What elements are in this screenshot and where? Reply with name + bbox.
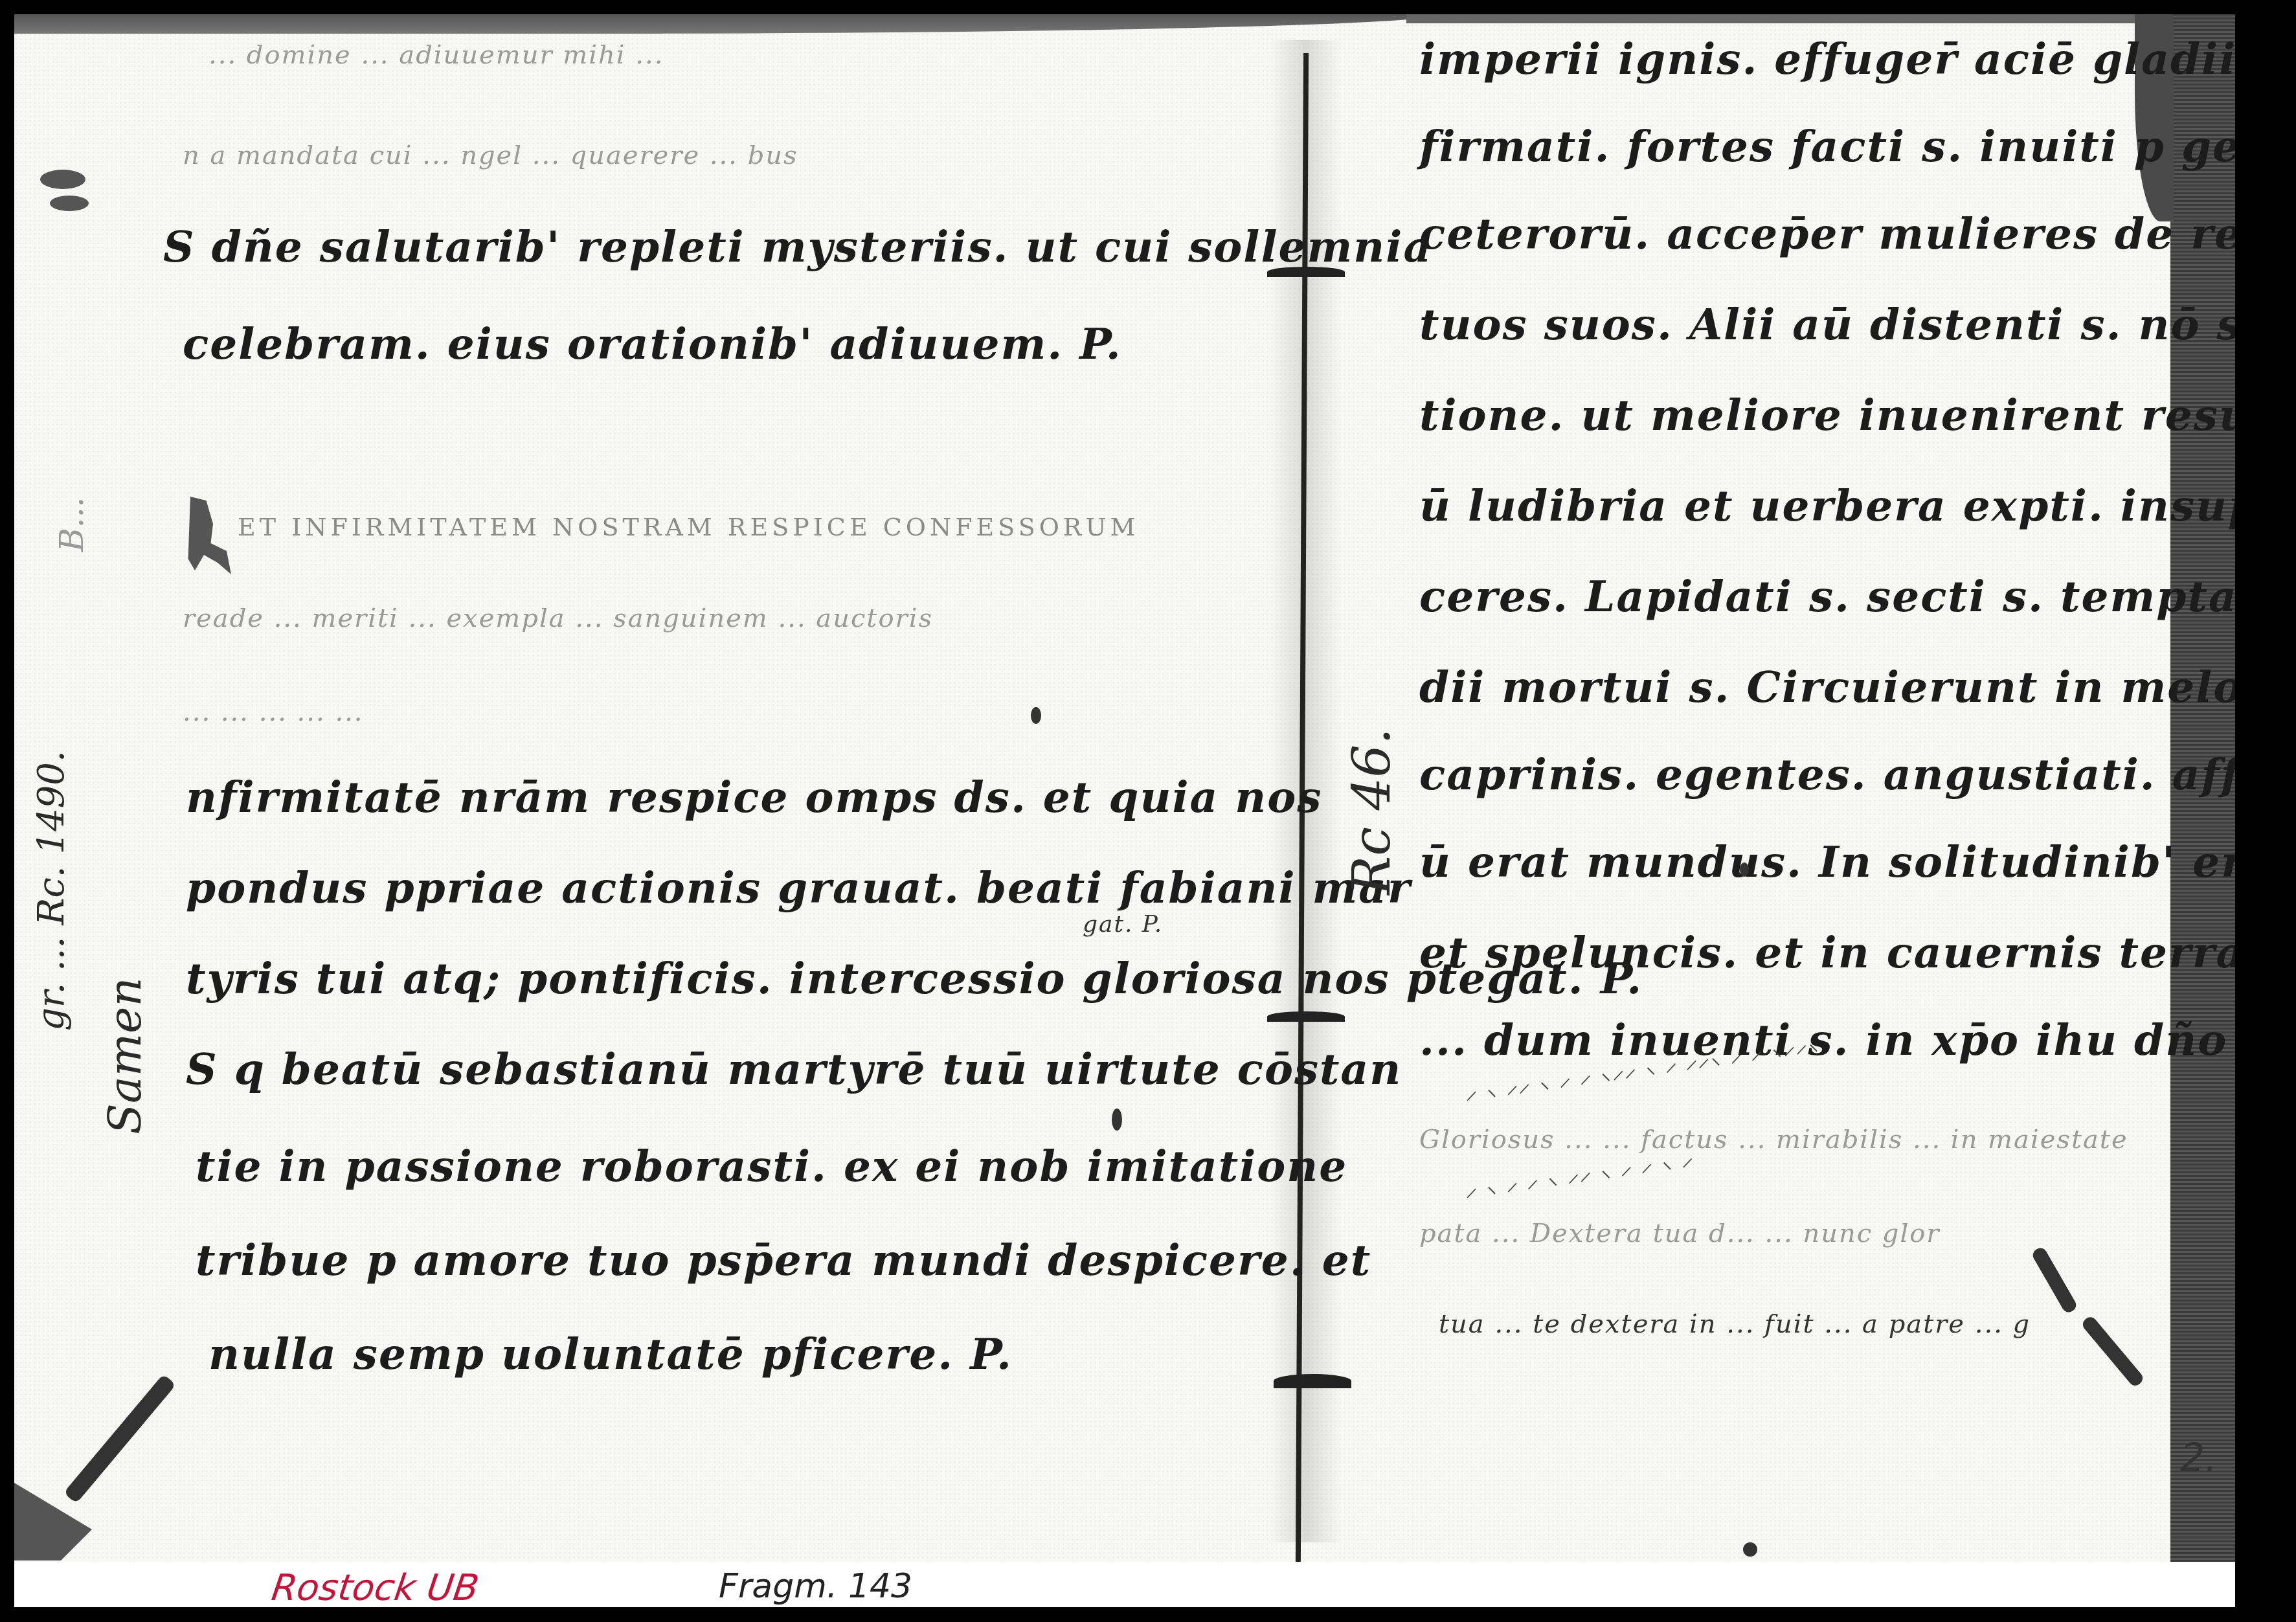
ink-stroke [63, 1374, 176, 1504]
text-line: ū erat mundus. In solitudinib' errant [1419, 837, 2235, 887]
text-line: tribue p amore tuo psp̄era mundi despice… [196, 1235, 1371, 1285]
ink-stroke [2031, 1246, 2078, 1314]
fold-mark-bottom [1274, 1374, 1351, 1388]
text-line: tie in passione roborasti. ex ei nob imi… [196, 1141, 1347, 1191]
text-line: pondus ppriae actionis grauat. beati fab… [186, 862, 1412, 913]
chant-line: tua ... te dextera in ... fuit ... a pat… [1439, 1309, 2031, 1339]
text-line: n a mandata cui ... ngel ... quaerere ..… [183, 141, 798, 170]
text-line: imperii ignis. effuger̄ aciē gladii. con… [1419, 34, 2235, 84]
fold-mark-middle [1267, 1011, 1345, 1022]
margin-note: B... [53, 497, 91, 552]
text-line: caprinis. egentes. angustiati. afflicti [1419, 749, 2235, 800]
shelfmark-note: Rc 46. [1342, 728, 1402, 895]
text-line: S dñe salutarib' repleti mysteriis. ut c… [163, 221, 1432, 272]
ink-dot [1112, 1109, 1122, 1131]
ink-stroke [2080, 1314, 2145, 1388]
text-line: ū ludibria et uerbera expti. insup et u [1419, 480, 2235, 531]
text-line: tuos suos. Alii aū distenti s. nō suscip… [1419, 299, 2235, 350]
page-top-edge-right [1406, 14, 2235, 23]
folio-number: 2. [2180, 1436, 2217, 1481]
ink-dot [1740, 862, 1749, 877]
marginal-gloss: gat. P. [1083, 911, 1163, 938]
chant-line: pata ... Dextera tua d... ... nunc glor [1419, 1219, 1940, 1248]
ink-dot [1743, 1542, 1757, 1557]
decorated-initial [186, 497, 231, 574]
ink-dot [1031, 707, 1041, 724]
fragment-id-label: Fragm. 143 [719, 1567, 912, 1606]
chant-line: Gloriosus ... ... factus ... mirabilis .… [1419, 1125, 2128, 1155]
text-line: ceres. Lapidati s. secti s. temptati s. … [1419, 571, 2235, 622]
text-line: ... dum inuenti s. in xp̄o ihu dño n [1419, 1015, 2235, 1065]
text-line: firmati. fortes facti s. inuiti p gentes [1419, 121, 2235, 172]
ink-stain [50, 196, 89, 211]
text-line: ... ... ... ... ... [183, 697, 364, 727]
page-top-edge [14, 14, 1439, 34]
rubric-heading: ET INFIRMITATEM NOSTRAM RESPICE CONFESSO… [238, 513, 1139, 541]
text-line: nfirmitatē nrām respice omps ds. et quia… [186, 772, 1322, 822]
text-line: reade ... meriti ... exempla ... sanguin… [183, 603, 933, 633]
text-line: ... domine ... adiuuemur mihi ... [208, 40, 664, 70]
text-line: et speluncis. et in cauernis terrae. Et … [1419, 927, 2235, 978]
text-line: tione. ut meliore inuenirent resurrec [1419, 390, 2235, 440]
margin-note: gr. ... Rc. 1490. [30, 750, 73, 1031]
manuscript-page: ... domine ... adiuuemur mihi ... n a ma… [14, 14, 2235, 1562]
text-line: ceterorū. accep̄er mulieres de resur [1419, 208, 2235, 259]
text-line: dii mortui s. Circuierunt in melot [1419, 662, 2235, 712]
text-line: celebram. eius orationib' adiuuem. P. [183, 319, 1122, 369]
margin-note: Samen [98, 977, 152, 1134]
text-line: nulla semp uoluntatē pficere. P. [208, 1329, 1013, 1379]
ink-stain [40, 170, 85, 189]
text-line: S q beatū sebastianū martyrē tuū uirtute… [186, 1044, 1402, 1094]
library-label: Rostock UB [269, 1567, 481, 1609]
